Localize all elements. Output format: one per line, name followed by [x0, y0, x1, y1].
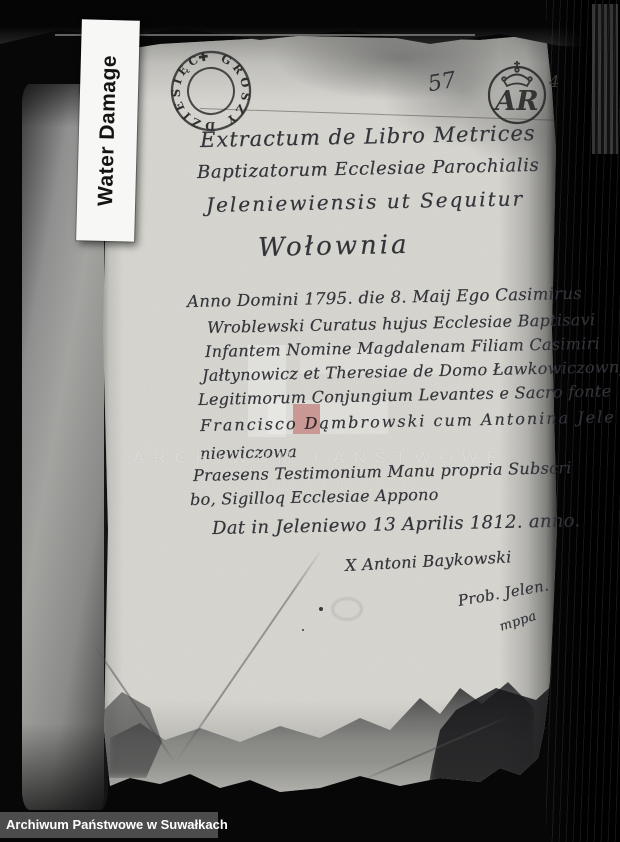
water-stain-right: [426, 670, 558, 800]
search-highlight-marker: [293, 404, 320, 434]
water-damage-label: Water Damage: [76, 19, 140, 241]
torn-edge-scraps: [592, 4, 618, 154]
archive-name-label: Archiwum Państwowe w Suwałkach: [6, 817, 228, 832]
ink-spot: [302, 629, 304, 631]
ink-spot: [319, 607, 323, 611]
monogram-cipher: AR: [492, 86, 538, 117]
archive-watermark-line: W SUWAŁKACH: [196, 476, 423, 496]
page-number: 57: [426, 68, 458, 97]
margin-number: 4: [549, 72, 559, 91]
archive-watermark-line: ARCHIWUM PAŃSTWOWE: [133, 448, 507, 468]
ink-smudge: [332, 598, 362, 620]
archival-scan: ✚ GROSZY DZIESIĘC AR 57 4 Extractum de L…: [0, 0, 620, 842]
water-damage-label-text: Water Damage: [94, 55, 122, 207]
footer-bar: Archiwum Państwowe w Suwałkach: [0, 812, 218, 838]
place-title: Wołownia: [258, 230, 410, 263]
crown-icon: [502, 61, 532, 86]
